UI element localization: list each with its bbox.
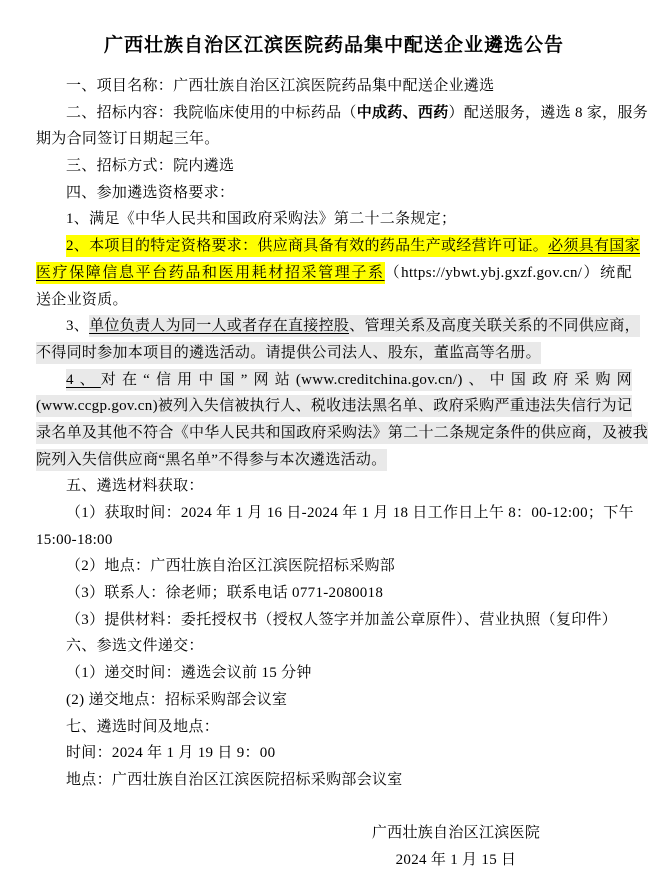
text-line: 七、遴选时间及地点： [36, 714, 632, 741]
text-line: 地点：广西壮族自治区江滨医院招标采购部会议室 [36, 767, 632, 794]
text-line: 五、遴选材料获取： [36, 473, 632, 500]
text-line: 二、招标内容：我院临床使用的中标药品（中成药、西药）配送服务，遴选 8 家，服务 [36, 100, 632, 127]
text-line: （3）提供材料：委托授权书（授权人签字并加盖公章原件）、营业执照（复印件） [36, 607, 632, 634]
text-line: （3）联系人：徐老师；联系电话 0771-2080018 [36, 580, 632, 607]
text-run: 2、本项目的特定资格要求：供应商具备有效的药品生产或经营许可证。 [66, 235, 548, 257]
text-run: (www.ccgp.gov.cn)被列入失信被执行人、税收违法黑名单、政府采购严… [36, 395, 632, 417]
text-run: 必须具有国家 [548, 235, 640, 257]
text-run: （1）递交时间：遴选会议前 15 分钟 [66, 665, 312, 681]
text-line: 院列入失信供应商“黑名单”不得参与本次遴选活动。 [36, 447, 632, 474]
text-run: 六、参选文件递交： [66, 638, 204, 654]
text-run: 二、招标内容：我院临床使用的中标药品（ [66, 105, 357, 121]
text-run: (2) 递交地点：招标采购部会议室 [66, 692, 287, 708]
text-line: 录名单及其他不符合《中华人民共和国政府采购法》第二十二条规定条件的供应商，及被我 [36, 420, 632, 447]
text-run: 一、项目名称：广西壮族自治区江滨医院药品集中配送企业遴选 [66, 78, 494, 94]
text-run: 医疗保障信息平台药品和医用耗材招采管理子系 [36, 262, 385, 284]
text-run: 1、满足《中华人民共和国政府采购法》第二十二条规定； [66, 211, 456, 227]
text-run: 15:00-18:00 [36, 532, 113, 548]
text-run: （https://ybwt.ybj.gxzf.gov.cn/）统配 [385, 265, 632, 281]
signature-block: 广西壮族自治区江滨医院 2024 年 1 月 15 日 [336, 820, 576, 871]
text-run: 、管理关系及高度关联关系的不同供应商， [349, 315, 640, 337]
text-line: 送企业资质。 [36, 287, 632, 314]
text-run: ）配送服务，遴选 8 家，服务 [449, 105, 649, 121]
text-run: 送企业资质。 [36, 292, 128, 308]
text-run: （3）提供材料：委托授权书（授权人签字并加盖公章原件）、营业执照（复印件） [66, 612, 617, 628]
text-run: 五、遴选材料获取： [66, 478, 204, 494]
document-page: 广西壮族自治区江滨医院药品集中配送企业遴选公告 一、项目名称：广西壮族自治区江滨… [0, 0, 668, 871]
text-run: 院列入失信供应商“黑名单”不得参与本次遴选活动。 [36, 449, 387, 471]
text-run: 录名单及其他不符合《中华人民共和国政府采购法》第二十二条规定条件的供应商，及被我 [36, 422, 648, 444]
text-run: 七、遴选时间及地点： [66, 719, 219, 735]
text-line: 三、招标方式：院内遴选 [36, 153, 632, 180]
text-run: 三、招标方式：院内遴选 [66, 158, 234, 174]
text-line: 六、参选文件递交： [36, 633, 632, 660]
document-title: 广西壮族自治区江滨医院药品集中配送企业遴选公告 [36, 32, 632, 60]
text-line: 4、对在“信用中国”网站(www.creditchina.gov.cn/)、中国… [36, 367, 632, 394]
text-run: （3）联系人：徐老师；联系电话 0771-2080018 [66, 585, 383, 601]
text-run: （2）地点：广西壮族自治区江滨医院招标采购部 [66, 558, 395, 574]
text-run: 期为合同签订日期起三年。 [36, 131, 220, 147]
text-line: 1、满足《中华人民共和国政府采购法》第二十二条规定； [36, 206, 632, 233]
text-run: 3、 [66, 318, 89, 334]
text-line: 四、参加遴选资格要求： [36, 180, 632, 207]
text-line: 期为合同签订日期起三年。 [36, 126, 632, 153]
text-run: 四、参加遴选资格要求： [66, 185, 234, 201]
text-line: (www.ccgp.gov.cn)被列入失信被执行人、税收违法黑名单、政府采购严… [36, 393, 632, 420]
text-line: （1）递交时间：遴选会议前 15 分钟 [36, 660, 632, 687]
text-line: 15:00-18:00 [36, 527, 632, 554]
text-line: 不得同时参加本项目的遴选活动。请提供公司法人、股东，董监高等名册。 [36, 340, 632, 367]
text-run: 对在“信用中国”网站(www.creditchina.gov.cn/)、中国政府… [101, 369, 632, 391]
signature-date: 2024 年 1 月 15 日 [336, 847, 576, 871]
text-run: 时间：2024 年 1 月 19 日 9：00 [66, 745, 275, 761]
text-line: 2、本项目的特定资格要求：供应商具备有效的药品生产或经营许可证。必须具有国家 [36, 233, 632, 260]
text-run: 中成药、西药 [357, 105, 449, 121]
text-line: 3、单位负责人为同一人或者存在直接控股、管理关系及高度关联关系的不同供应商， [36, 313, 632, 340]
document-body: 一、项目名称：广西壮族自治区江滨医院药品集中配送企业遴选二、招标内容：我院临床使… [36, 73, 632, 794]
text-run: （1）获取时间：2024 年 1 月 16 日-2024 年 1 月 18 日工… [66, 505, 634, 521]
text-run: 单位负责人为同一人或者存在直接控股 [89, 315, 349, 337]
text-run: 4、 [66, 369, 101, 391]
signature-org: 广西壮族自治区江滨医院 [336, 820, 576, 847]
text-run: 不得同时参加本项目的遴选活动。请提供公司法人、股东，董监高等名册。 [36, 342, 541, 364]
text-line: （1）获取时间：2024 年 1 月 16 日-2024 年 1 月 18 日工… [36, 500, 632, 527]
text-line: (2) 递交地点：招标采购部会议室 [36, 687, 632, 714]
text-line: 医疗保障信息平台药品和医用耗材招采管理子系（https://ybwt.ybj.g… [36, 260, 632, 287]
text-line: 一、项目名称：广西壮族自治区江滨医院药品集中配送企业遴选 [36, 73, 632, 100]
text-line: （2）地点：广西壮族自治区江滨医院招标采购部 [36, 553, 632, 580]
text-line: 时间：2024 年 1 月 19 日 9：00 [36, 740, 632, 767]
text-run: 地点：广西壮族自治区江滨医院招标采购部会议室 [66, 772, 403, 788]
